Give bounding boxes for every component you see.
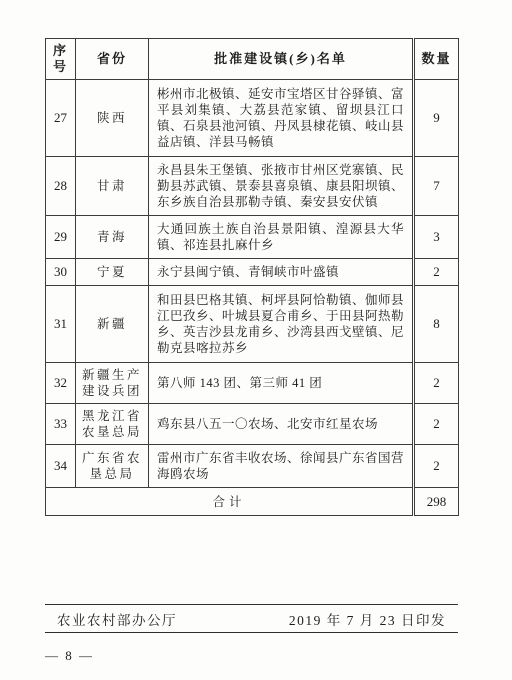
row-province: 宁夏: [76, 259, 149, 286]
table-row: 34 广东省农垦总局 雷州市广东省丰收农场、徐闻县广东省国营海鸥农场 2: [46, 445, 459, 488]
header-count: 数量: [414, 39, 459, 80]
row-province: 甘肃: [76, 157, 149, 216]
row-town-list: 鸡东县八五一〇农场、北安市红星农场: [149, 404, 414, 445]
row-index: 34: [46, 445, 76, 488]
row-count: 2: [414, 445, 459, 488]
row-province: 新疆生产建设兵团: [76, 363, 149, 404]
row-province: 广东省农垦总局: [76, 445, 149, 488]
row-count: 2: [414, 404, 459, 445]
row-town-list: 彬州市北极镇、延安市宝塔区甘谷驿镇、富平县刘集镇、大荔县范家镇、留坝县江口镇、石…: [149, 80, 414, 157]
row-index: 32: [46, 363, 76, 404]
row-count: 2: [414, 363, 459, 404]
row-count: 9: [414, 80, 459, 157]
row-province: 陕西: [76, 80, 149, 157]
total-count: 298: [414, 488, 459, 516]
header-town-list: 批准建设镇(乡)名单: [149, 39, 414, 80]
header-index: 序号: [46, 39, 76, 80]
row-province: 青海: [76, 216, 149, 259]
row-index: 28: [46, 157, 76, 216]
table-row: 30 宁夏 永宁县闽宁镇、青铜峡市叶盛镇 2: [46, 259, 459, 286]
table-row: 32 新疆生产建设兵团 第八师 143 团、第三师 41 团 2: [46, 363, 459, 404]
row-town-list: 永宁县闽宁镇、青铜峡市叶盛镇: [149, 259, 414, 286]
print-date: 2019 年 7 月 23 日印发: [289, 609, 446, 629]
total-label: 合计: [46, 488, 414, 516]
row-index: 27: [46, 80, 76, 157]
approved-towns-table: 序号 省份 批准建设镇(乡)名单 数量 27 陕西 彬州市北极镇、延安市宝塔区甘…: [45, 38, 459, 516]
row-count: 7: [414, 157, 459, 216]
table-row: 27 陕西 彬州市北极镇、延安市宝塔区甘谷驿镇、富平县刘集镇、大荔县范家镇、留坝…: [46, 80, 459, 157]
table-row: 33 黑龙江省农垦总局 鸡东县八五一〇农场、北安市红星农场 2: [46, 404, 459, 445]
table-row: 28 甘肃 永昌县朱王堡镇、张掖市甘州区党寨镇、民勤县苏武镇、景泰县喜泉镇、康县…: [46, 157, 459, 216]
table-total-row: 合计 298: [46, 488, 459, 516]
row-province: 黑龙江省农垦总局: [76, 404, 149, 445]
document-page: 序号 省份 批准建设镇(乡)名单 数量 27 陕西 彬州市北极镇、延安市宝塔区甘…: [0, 0, 512, 680]
page-number: — 8 —: [45, 648, 94, 664]
issuing-office: 农业农村部办公厅: [57, 609, 177, 629]
row-town-list: 第八师 143 团、第三师 41 团: [149, 363, 414, 404]
row-town-list: 雷州市广东省丰收农场、徐闻县广东省国营海鸥农场: [149, 445, 414, 488]
row-index: 33: [46, 404, 76, 445]
row-index: 31: [46, 286, 76, 363]
row-index: 29: [46, 216, 76, 259]
table-row: 31 新疆 和田县巴格其镇、柯坪县阿恰勒镇、伽师县江巴孜乡、叶城县夏合甫乡、于田…: [46, 286, 459, 363]
table-header-row: 序号 省份 批准建设镇(乡)名单 数量: [46, 39, 459, 80]
row-index: 30: [46, 259, 76, 286]
row-province: 新疆: [76, 286, 149, 363]
table-row: 29 青海 大通回族土族自治县景阳镇、湟源县大华镇、祁连县扎麻什乡 3: [46, 216, 459, 259]
row-count: 2: [414, 259, 459, 286]
row-count: 8: [414, 286, 459, 363]
row-town-list: 大通回族土族自治县景阳镇、湟源县大华镇、祁连县扎麻什乡: [149, 216, 414, 259]
colophon-bar: 农业农村部办公厅 2019 年 7 月 23 日印发: [45, 604, 458, 633]
header-province: 省份: [76, 39, 149, 80]
row-town-list: 永昌县朱王堡镇、张掖市甘州区党寨镇、民勤县苏武镇、景泰县喜泉镇、康县阳坝镇、东乡…: [149, 157, 414, 216]
row-count: 3: [414, 216, 459, 259]
row-town-list: 和田县巴格其镇、柯坪县阿恰勒镇、伽师县江巴孜乡、叶城县夏合甫乡、于田县阿热勒乡、…: [149, 286, 414, 363]
